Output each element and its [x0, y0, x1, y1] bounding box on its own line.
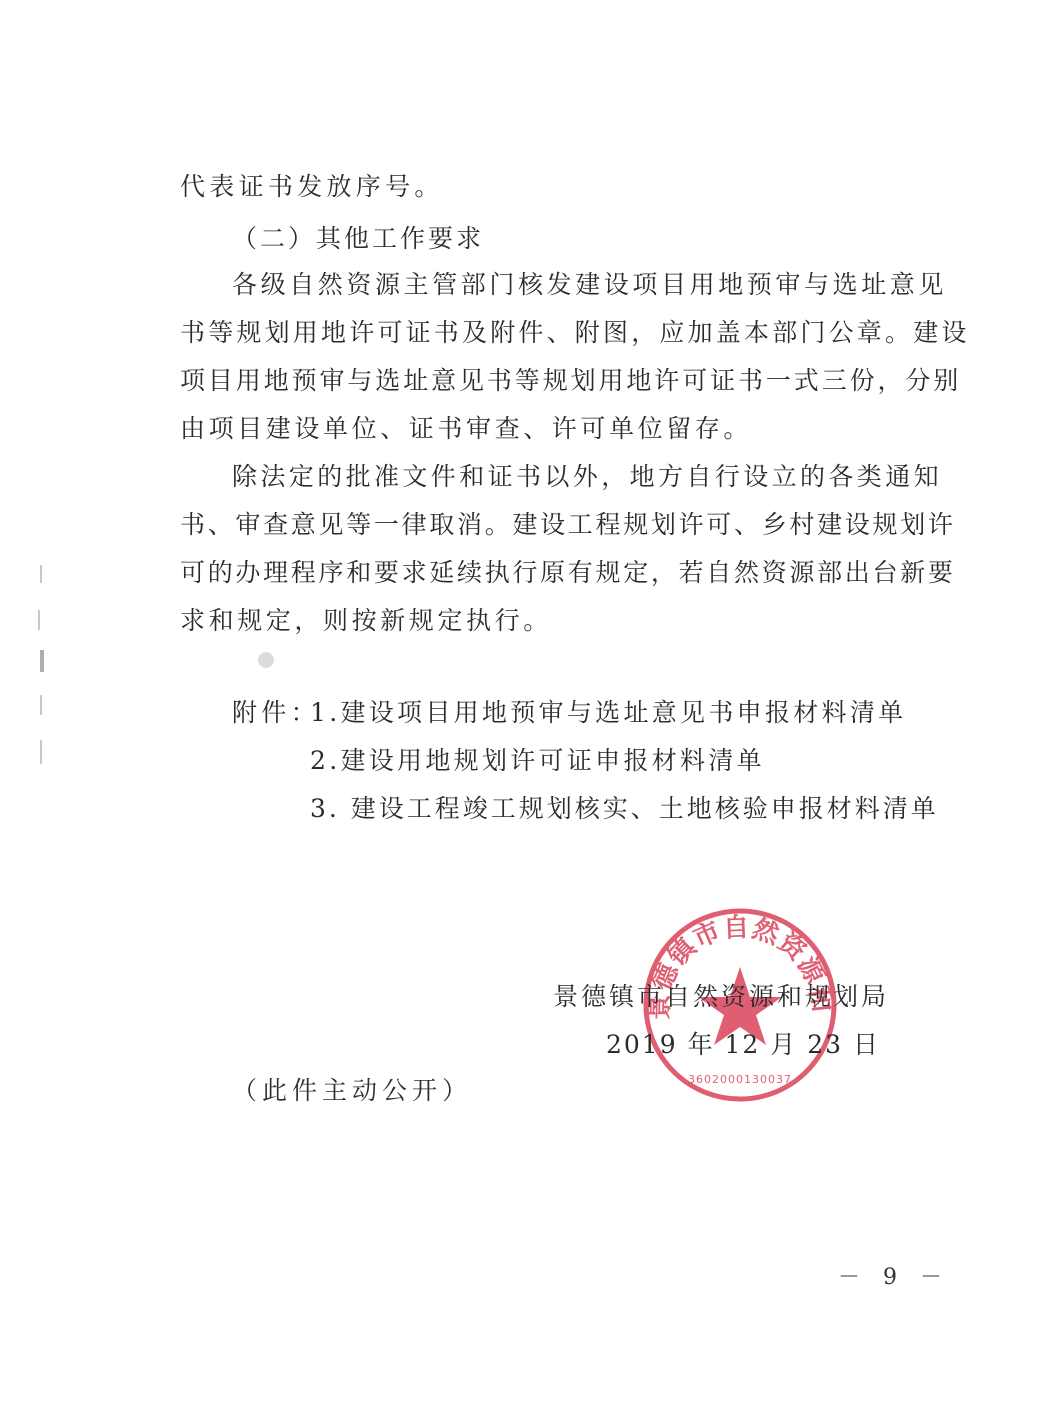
attachments-label: 附件： [232, 698, 320, 728]
scan-mark [40, 565, 42, 583]
scan-mark [40, 650, 44, 672]
scan-mark [40, 740, 42, 764]
scan-mark [38, 610, 40, 630]
body-text-line: 书等规划用地许可证书及附件、附图，应加盖本部门公章。建设 [180, 318, 970, 348]
issue-date: 2019 年 12 月 23 日 [606, 1030, 880, 1060]
scan-mark [40, 695, 42, 715]
body-text-line: 由项目建设单位、证书审查、许可单位留存。 [180, 414, 752, 444]
section-heading: （二）其他工作要求 [232, 224, 484, 254]
body-text-line: 项目用地预审与选址意见书等规划用地许可证书一式三份，分别 [180, 366, 961, 396]
body-text-line: 除法定的批准文件和证书以外，地方自行设立的各类通知 [232, 462, 942, 492]
body-text-line: 求和规定，则按新规定执行。 [180, 606, 552, 636]
body-text-line: 可的办理程序和要求延续执行原有规定，若自然资源部出台新要 [180, 558, 956, 588]
attachment-item: 1.建设项目用地预审与选址意见书申报材料清单 [310, 698, 906, 728]
page-number: － 9 － [838, 1260, 950, 1291]
attachment-item: 2.建设用地规划许可证申报材料清单 [310, 746, 765, 776]
body-text-line: 代表证书发放序号。 [180, 172, 444, 202]
svg-text:3602000130037: 3602000130037 [688, 1073, 792, 1086]
body-text-line: 各级自然资源主管部门核发建设项目用地预审与选址意见 [232, 270, 947, 300]
issuing-organization: 景德镇市自然资源和规划局 [553, 982, 889, 1012]
attachment-item: 3. 建设工程竣工规划核实、土地核验申报材料清单 [310, 794, 939, 824]
disclosure-note: （此件主动公开） [232, 1076, 472, 1106]
body-text-line: 书、审查意见等一律取消。建设工程规划许可、乡村建设规划许 [180, 510, 956, 540]
document-page: 代表证书发放序号。 （二）其他工作要求 各级自然资源主管部门核发建设项目用地预审… [0, 0, 1040, 1411]
scan-smudge [258, 652, 274, 668]
